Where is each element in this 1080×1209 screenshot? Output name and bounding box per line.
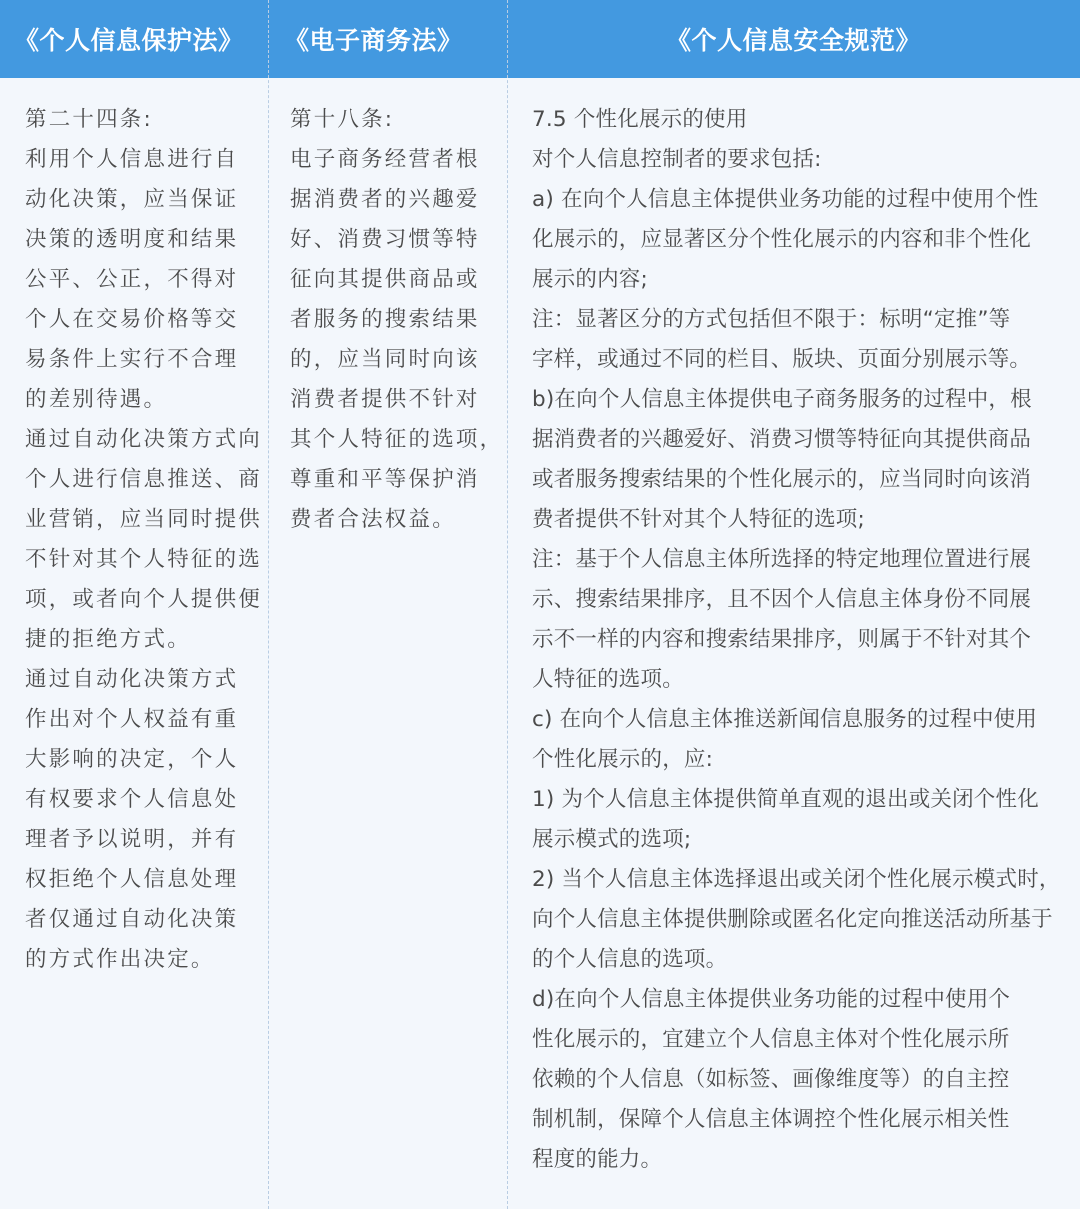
text-line: 公平、公正，不得对	[25, 260, 254, 300]
text-line: 展示的内容;	[532, 260, 1062, 300]
text-line: 征向其提供商品或	[290, 260, 495, 300]
text-line: 费者提供不针对其个人特征的选项;	[532, 500, 1062, 540]
column-pipl: 第二十四条:利用个人信息进行自动化决策，应当保证决策的透明度和结果公平、公正，不…	[0, 78, 268, 1209]
text-line: 据消费者的兴趣爱	[290, 180, 495, 220]
text-line: 好、消费习惯等特	[290, 220, 495, 260]
law-comparison-table: 《个人信息保护法》 《电子商务法》 《个人信息安全规范》 第二十四条:利用个人信…	[0, 0, 1080, 1209]
text-line: 展示模式的选项;	[532, 820, 1062, 860]
text-line: 项，或者向个人提供便	[25, 580, 254, 620]
text-line: 有权要求个人信息处	[25, 780, 254, 820]
text-line: 者服务的搜索结果	[290, 300, 495, 340]
text-line: c) 在向个人信息主体推送新闻信息服务的过程中使用	[532, 700, 1062, 740]
text-line: 尊重和平等保护消	[290, 460, 495, 500]
text-line: 个人进行信息推送、商	[25, 460, 254, 500]
table-body-row: 第二十四条:利用个人信息进行自动化决策，应当保证决策的透明度和结果公平、公正，不…	[0, 78, 1080, 1209]
text-line: 的方式作出决定。	[25, 940, 254, 980]
header-pipl: 《个人信息保护法》	[0, 0, 268, 78]
text-line: 通过自动化决策方式向	[25, 420, 254, 460]
text-line: 消费者提供不针对	[290, 380, 495, 420]
text-line: 注：基于个人信息主体所选择的特定地理位置进行展	[532, 540, 1062, 580]
text-line: 据消费者的兴趣爱好、消费习惯等特征向其提供商品	[532, 420, 1062, 460]
text-line: b)在向个人信息主体提供电子商务服务的过程中，根	[532, 380, 1062, 420]
header-info-security-spec: 《个人信息安全规范》	[507, 0, 1080, 78]
text-line: 电子商务经营者根	[290, 140, 495, 180]
text-line: 注：显著区分的方式包括但不限于：标明“定推”等	[532, 300, 1062, 340]
text-line: 7.5 个性化展示的使用	[532, 100, 1062, 140]
text-line: 人特征的选项。	[532, 660, 1062, 700]
text-line: 利用个人信息进行自	[25, 140, 254, 180]
text-line: 依赖的个人信息（如标签、画像维度等）的自主控	[532, 1060, 1062, 1100]
text-line: 示、搜索结果排序，且不因个人信息主体身份不同展	[532, 580, 1062, 620]
column-divider	[507, 0, 508, 1209]
text-line: 个人在交易价格等交	[25, 300, 254, 340]
text-line: 对个人信息控制者的要求包括:	[532, 140, 1062, 180]
column-ecommerce-law: 第十八条:电子商务经营者根据消费者的兴趣爱好、消费习惯等特征向其提供商品或者服务…	[268, 78, 507, 1209]
column-info-security-spec: 7.5 个性化展示的使用对个人信息控制者的要求包括:a) 在向个人信息主体提供业…	[507, 78, 1080, 1209]
text-line: 业营销，应当同时提供	[25, 500, 254, 540]
text-line: 费者合法权益。	[290, 500, 495, 540]
text-line: a) 在向个人信息主体提供业务功能的过程中使用个性	[532, 180, 1062, 220]
table-header-row: 《个人信息保护法》 《电子商务法》 《个人信息安全规范》	[0, 0, 1080, 78]
text-line: 程度的能力。	[532, 1140, 1062, 1180]
text-line: 权拒绝个人信息处理	[25, 860, 254, 900]
text-line: 字样，或通过不同的栏目、版块、页面分别展示等。	[532, 340, 1062, 380]
text-line: 捷的拒绝方式。	[25, 620, 254, 660]
text-line: 或者服务搜索结果的个性化展示的，应当同时向该消	[532, 460, 1062, 500]
text-line: 其个人特征的选项，	[290, 420, 495, 460]
text-line: 向个人信息主体提供删除或匿名化定向推送活动所基于	[532, 900, 1062, 940]
text-line: 化展示的，应显著区分个性化展示的内容和非个性化	[532, 220, 1062, 260]
text-line: 动化决策，应当保证	[25, 180, 254, 220]
text-line: 不针对其个人特征的选	[25, 540, 254, 580]
text-line: 者仅通过自动化决策	[25, 900, 254, 940]
column-divider	[268, 0, 269, 1209]
text-line: 2) 当个人信息主体选择退出或关闭个性化展示模式时，	[532, 860, 1062, 900]
text-line: 示不一样的内容和搜索结果排序，则属于不针对其个	[532, 620, 1062, 660]
text-line: 第十八条:	[290, 100, 495, 140]
text-line: 性化展示的，宜建立个人信息主体对个性化展示所	[532, 1020, 1062, 1060]
text-line: 的，应当同时向该	[290, 340, 495, 380]
text-line: 的差别待遇。	[25, 380, 254, 420]
text-line: 大影响的决定，个人	[25, 740, 254, 780]
text-line: 易条件上实行不合理	[25, 340, 254, 380]
text-line: 决策的透明度和结果	[25, 220, 254, 260]
text-line: 的个人信息的选项。	[532, 940, 1062, 980]
header-ecommerce-law: 《电子商务法》	[268, 0, 507, 78]
text-line: 作出对个人权益有重	[25, 700, 254, 740]
text-line: d)在向个人信息主体提供业务功能的过程中使用个	[532, 980, 1062, 1020]
text-line: 1) 为个人信息主体提供简单直观的退出或关闭个性化	[532, 780, 1062, 820]
text-line: 通过自动化决策方式	[25, 660, 254, 700]
text-line: 理者予以说明，并有	[25, 820, 254, 860]
text-line: 个性化展示的，应:	[532, 740, 1062, 780]
text-line: 第二十四条:	[25, 100, 254, 140]
text-line: 制机制，保障个人信息主体调控个性化展示相关性	[532, 1100, 1062, 1140]
